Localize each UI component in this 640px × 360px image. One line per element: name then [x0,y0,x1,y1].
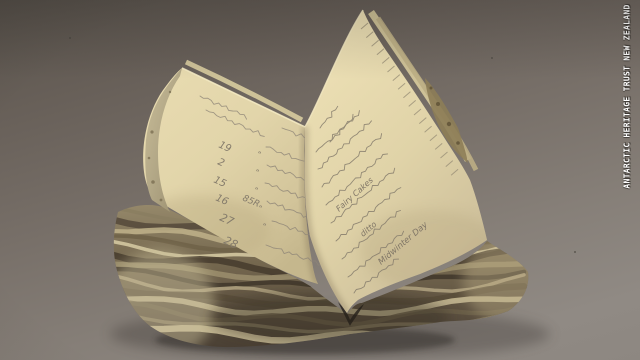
notebook-illustration: 19 2 15 16 27 28 85R " " " " " [0,0,640,360]
watermark-credit: ANTARCTIC HERITAGE TRUST NEW ZEALAND [623,1,634,193]
photo-open-weathered-notebook: 19 2 15 16 27 28 85R " " " " " [0,0,640,360]
